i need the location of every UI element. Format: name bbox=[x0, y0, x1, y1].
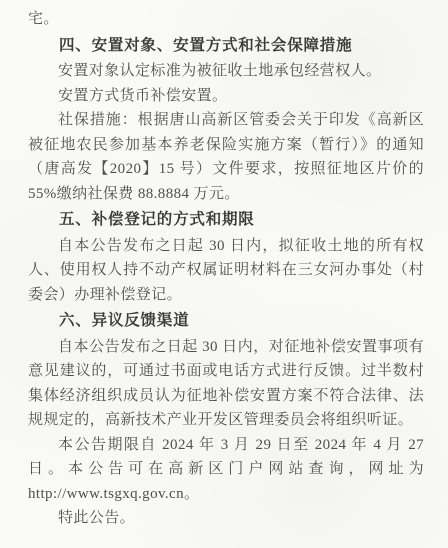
paragraph-resettlement-method: 安置方式货币补偿安置。 bbox=[28, 84, 424, 109]
scanned-notice-page: 宅。 四、安置对象、安置方式和社会保障措施 安置对象认定标准为被征收土地承包经营… bbox=[0, 0, 448, 548]
paragraph-continuation: 宅。 bbox=[28, 7, 424, 32]
paragraph-resettlement-target: 安置对象认定标准为被征收土地承包经营权人。 bbox=[28, 59, 424, 84]
paragraph-notice-period-and-website: 本公告期限自 2024 年 3 月 29 日至 2024 年 4 月 27 日。… bbox=[28, 433, 424, 507]
section-heading-compensation-registration: 五、补偿登记的方式和期限 bbox=[28, 208, 424, 233]
paragraph-social-security-measures: 社保措施：根据唐山高新区管委会关于印发《高新区被征地农民参加基本养老保险实施方案… bbox=[28, 108, 424, 206]
paragraph-objection-channels: 自本公告发布之日起 30 日内，对征地补偿安置事项有意见建议的，可通过书面或电话… bbox=[28, 335, 424, 433]
section-heading-resettlement: 四、安置对象、安置方式和社会保障措施 bbox=[28, 34, 424, 59]
paragraph-closing-statement: 特此公告。 bbox=[28, 506, 424, 531]
section-heading-objection-feedback: 六、异议反馈渠道 bbox=[28, 309, 424, 334]
paragraph-registration-deadline: 自本公告发布之日起 30 日内，拟征收土地的所有权人、使用权人持不动产权属证明材… bbox=[28, 234, 424, 308]
